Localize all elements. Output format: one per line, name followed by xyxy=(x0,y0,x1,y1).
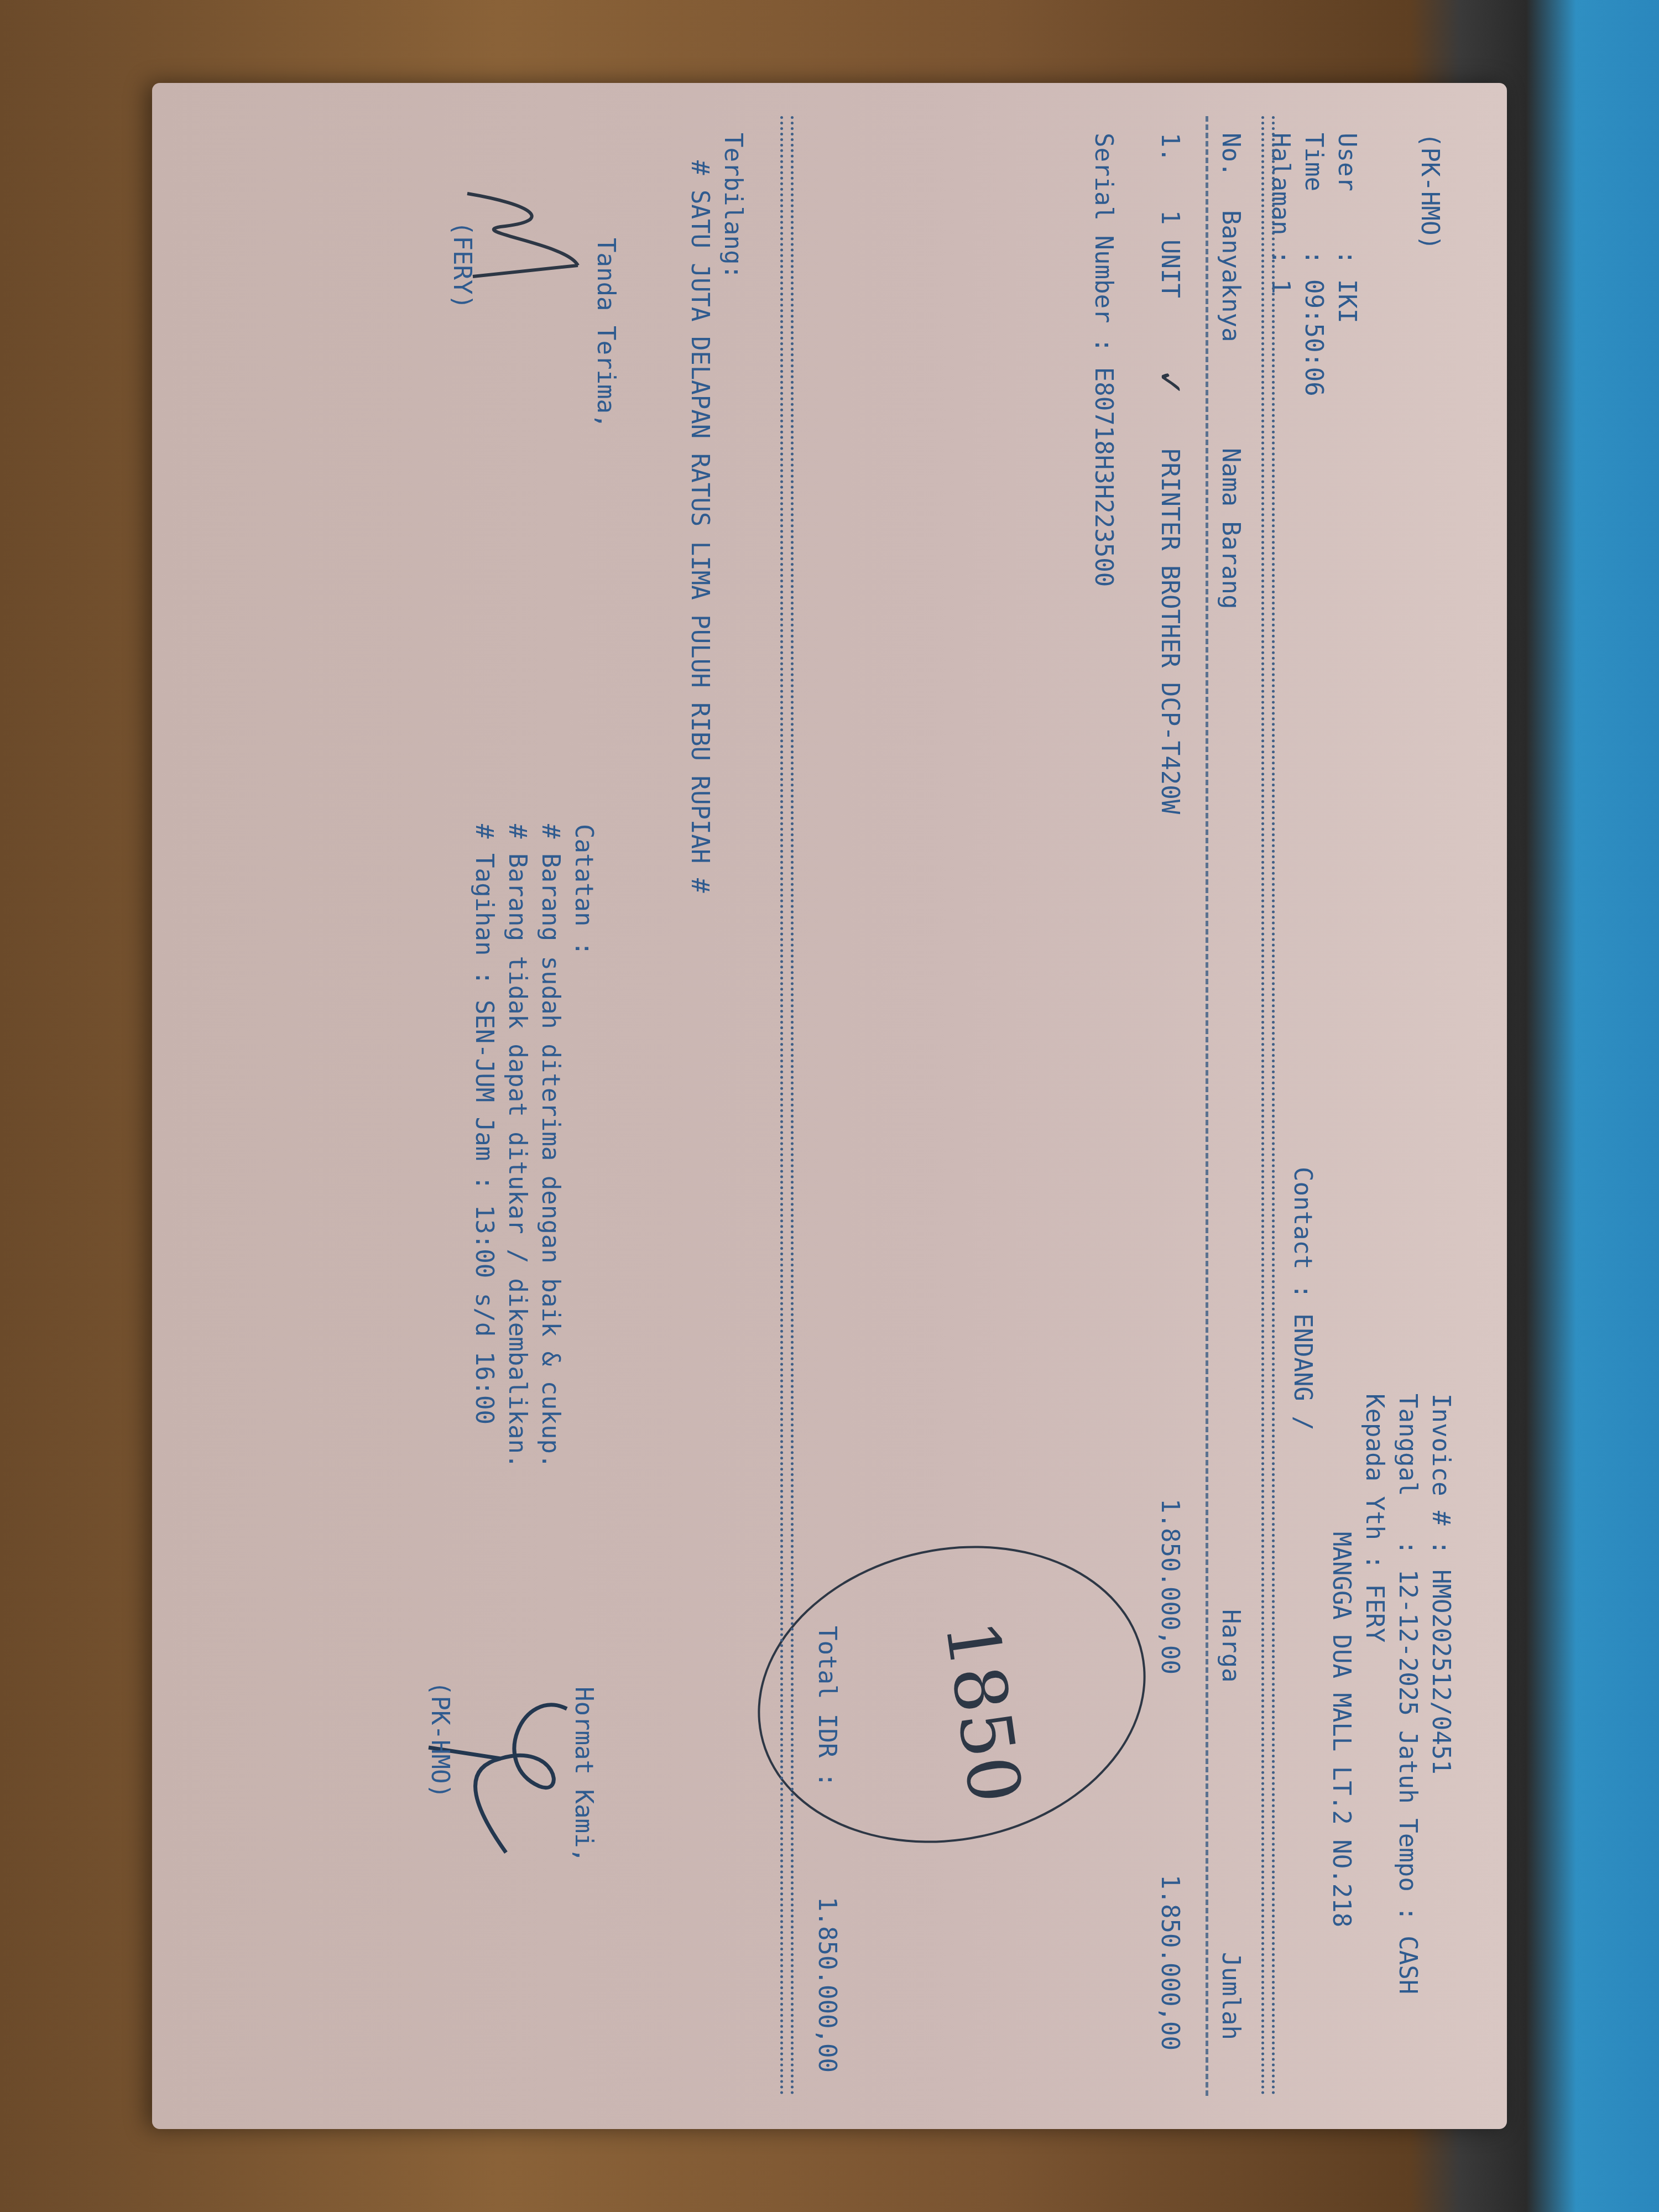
catatan-label: Catatan : xyxy=(567,824,600,956)
divider-header xyxy=(1206,116,1208,2096)
col-price: Harga xyxy=(1214,1609,1247,1682)
total-label: Total IDR : xyxy=(811,1626,843,1787)
receiver-name: (FERY) xyxy=(446,221,478,309)
company-code: (PK-HMO) xyxy=(1413,133,1446,250)
col-qty: Banyaknya xyxy=(1214,210,1247,342)
receipt-paper: (PK-HMO) User : IKI Time : 09:50:06 Hala… xyxy=(152,83,1507,2129)
col-no: No. xyxy=(1214,133,1247,176)
header-user: User : IKI xyxy=(1331,133,1363,323)
item-name: PRINTER BROTHER DCP-T420W xyxy=(1154,448,1186,814)
invoice-date: Tanggal : 12-12-2025 Jatuh Tempo : CASH xyxy=(1391,1394,1424,1994)
item-no: 1. xyxy=(1154,133,1186,162)
invoice-number: Invoice # : HMO202512/0451 xyxy=(1425,1394,1457,1775)
recipient-address: MANGGA DUA MALL LT.2 NO.218 xyxy=(1325,1532,1358,1927)
col-amount: Jumlah xyxy=(1214,1952,1247,2040)
note-2: # Barang tidak dapat ditukar / dikembali… xyxy=(501,824,534,1469)
note-1: # Barang sudah diterima dengan baik & cu… xyxy=(534,824,567,1469)
col-name: Nama Barang xyxy=(1214,448,1247,609)
contact: Contact : ENDANG / xyxy=(1286,1167,1319,1431)
total-amount: 1.850.000,00 xyxy=(811,1897,843,2073)
issuer-name: (PK-HMO) xyxy=(424,1681,456,1798)
note-3: # Tagihan : SEN-JUM Jam : 13:00 s/d 16:0… xyxy=(468,824,500,1425)
terbilang-text: # SATU JUTA DELAPAN RATUS LIMA PULUH RIB… xyxy=(684,160,716,893)
checkmark-icon: ✓ xyxy=(1145,371,1198,394)
recipient: Kepada Yth : FERY xyxy=(1358,1394,1391,1642)
item-price: 1.850.000,00 xyxy=(1154,1499,1186,1674)
terbilang-label: Terbilang: xyxy=(717,133,749,279)
item-qty: 1 UNIT xyxy=(1154,210,1186,298)
header-time: Time : 09:50:06 xyxy=(1297,133,1330,397)
divider-bottom xyxy=(780,116,794,2096)
serial-number: Serial Number : E80718H3H223500 xyxy=(1087,133,1120,587)
divider-top xyxy=(1261,116,1275,2096)
item-amount: 1.850.000,00 xyxy=(1154,1875,1186,2051)
receipt-photo: (PK-HMO) User : IKI Time : 09:50:06 Hala… xyxy=(152,83,1507,2129)
